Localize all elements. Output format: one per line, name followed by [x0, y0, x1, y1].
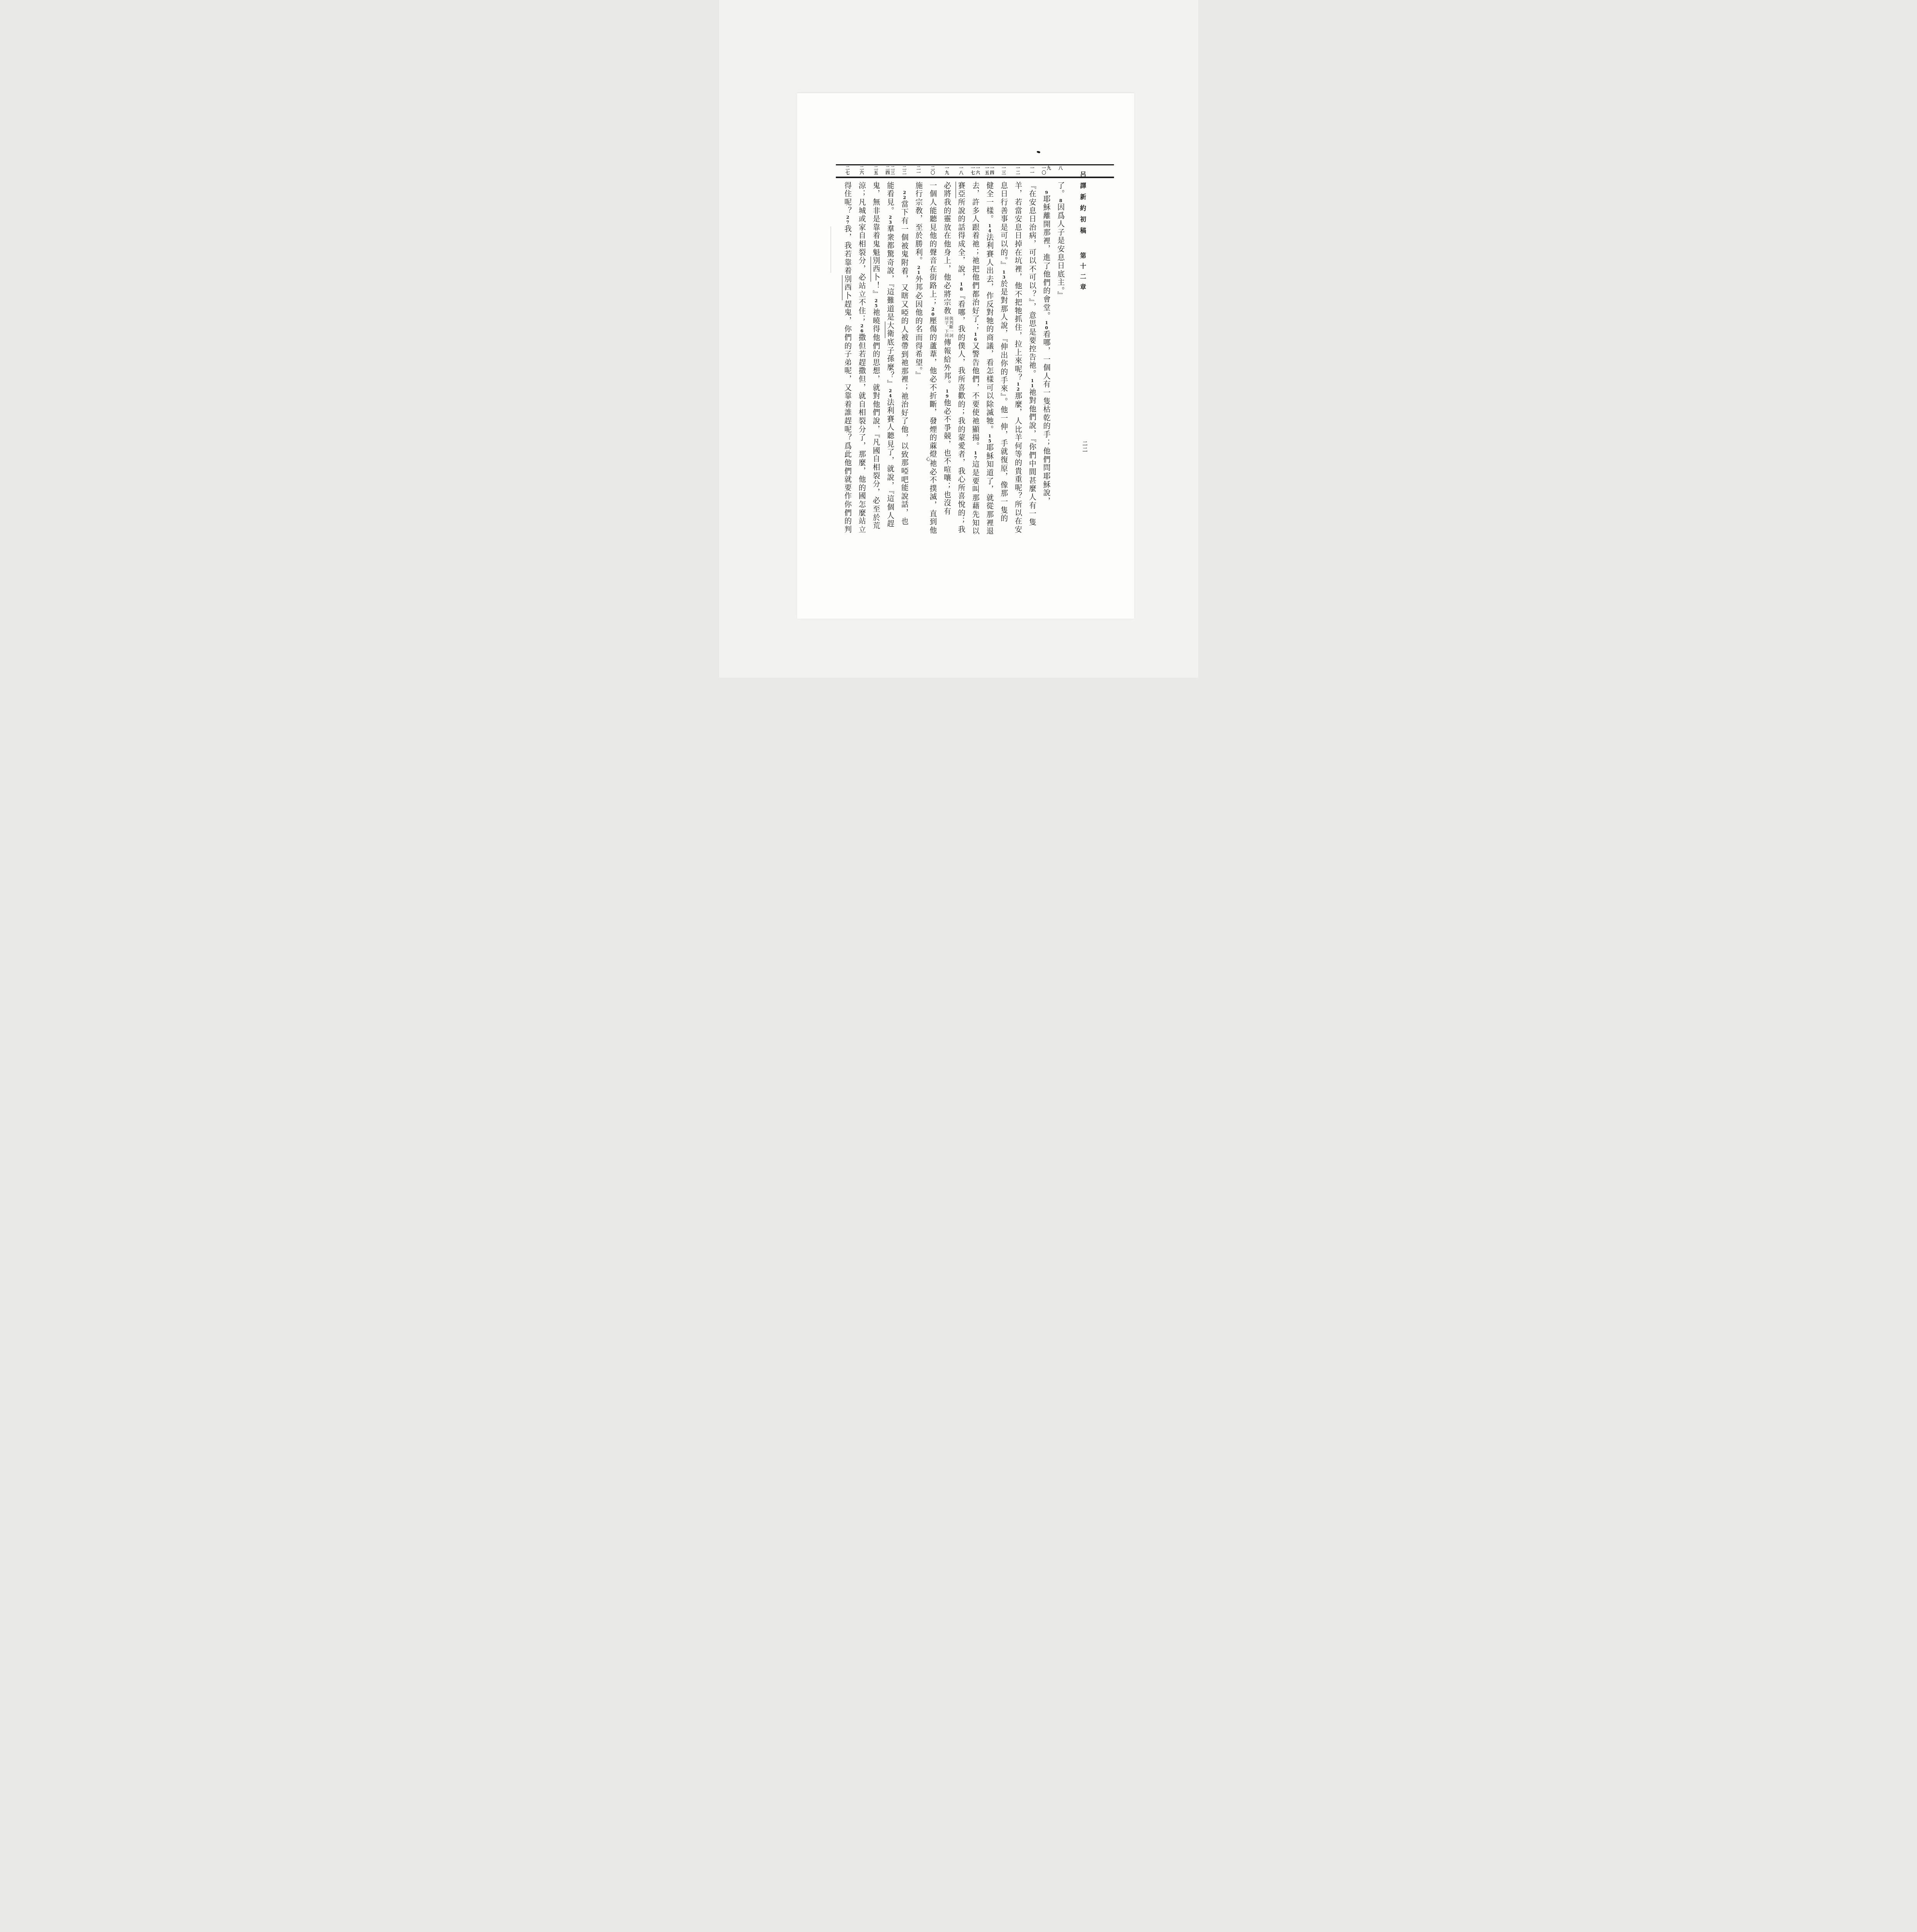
text-run: 看哪，一個人有一隻枯乾的手；他們問耶穌說， [1042, 330, 1051, 506]
verse-marker: 一二 [1015, 166, 1020, 175]
text-column-4: 一二羊，若當安息日掉在坑裡，他不把牠抓住，拉上來呢？12那麼，人比羊何等的貴重呢… [1011, 182, 1025, 549]
verse-number: 9 [1044, 190, 1049, 195]
verse-marker-number: 二五 [874, 166, 878, 175]
text-run: 施行宗敎，至於勝利。 [914, 182, 923, 265]
column-text: 涼；凡城或家自相裂分，必站立不住；26撒但若趕撒但，就自相裂分了，那麼，他的國怎… [854, 182, 869, 549]
verse-marker: 二〇 [930, 166, 935, 175]
header-rule-bottom [836, 177, 1114, 178]
text-run: 一個人能聽見他的聲音在街路上； [929, 182, 937, 307]
text-column-7: 一六一七去，許多人跟着祂；祂把他們都治好了；16又警告他們，不要使祂顯揚。17這… [968, 182, 982, 549]
verse-marker: 二六 [859, 166, 864, 175]
verse-number: 14 [987, 223, 992, 233]
text-run: 趕鬼，你們的子弟呢，又靠着誰趕呢？爲此他們就要作你們的判 [843, 300, 852, 534]
text-run: 祂對他們說，『你們中間甚麼人有一隻 [1028, 388, 1036, 527]
text-run: 我，我若靠着 [843, 225, 852, 275]
text-run: 涼；凡城或家自相裂分，必站立不住； [857, 182, 866, 323]
verse-marker-number: 八 [1058, 166, 1063, 170]
text-column-11: 二一施行宗敎，至於勝利。21外邦必因他的名而得希望。』 [911, 182, 925, 549]
verse-marker: 二五 [874, 166, 878, 175]
text-run: 祂曉得他們的思想，就對他們說，『凡國自相裂分，必至於荒 [872, 308, 880, 530]
paper-sheet: 呂譯新約初稿 第十二章 二二 八了。8因爲人子是安息日底主。』九一〇9耶穌離開那… [797, 93, 1134, 619]
page-number: 二二 [1080, 441, 1089, 453]
verse-marker-number: 二一 [916, 166, 920, 175]
text-run: ！』 [872, 282, 880, 298]
verse-marker-number: 二三 [890, 166, 895, 175]
verse-marker-number: 二二 [902, 166, 906, 175]
text-run: 底子孫麼？』 [886, 338, 895, 388]
running-title: 呂譯新約初稿 第十二章 [1077, 171, 1089, 294]
verse-number: 18 [959, 282, 964, 292]
verse-marker-number: 一七 [971, 166, 975, 175]
text-run: 壓傷的蘆葦，他必不折斷，發煙的蔴燈 [929, 317, 937, 459]
text-run: 了。 [1056, 182, 1065, 198]
text-run: 那麼，人比羊何等的貴重呢？所以在安 [1014, 392, 1022, 534]
verse-marker-number: 二〇 [930, 166, 935, 175]
verse-number: 25 [874, 298, 879, 308]
text-run: 祂必不撲滅，直到他 [929, 459, 937, 534]
verse-marker: 九一〇 [1041, 166, 1051, 175]
verse-marker-number: 一八 [959, 166, 963, 175]
verse-number: 11 [1030, 378, 1035, 388]
column-text: 健全一樣。14法利賽人出去，作反對牠的商議，看怎樣可以除滅牠。15耶穌知道了，就… [982, 182, 997, 549]
verse-number: 24 [888, 388, 893, 398]
column-text: 必將我的靈放在他身上，他必將宗敎與判斷一詞同字，下同傳報給外邦。19他必不爭競，… [940, 182, 954, 549]
text-run: 又警告他們，不要使祂顯揚。 [971, 342, 980, 451]
text-column-9: 一九必將我的靈放在他身上，他必將宗敎與判斷一詞同字，下同傳報給外邦。19他必不爭… [940, 182, 954, 549]
column-text: 施行宗敎，至於勝利。21外邦必因他的名而得希望。』 [911, 182, 925, 549]
verse-marker: 一三 [1002, 166, 1006, 175]
text-column-8: 一八賽亞所說的話得成全，說，18『看哪，我的僕人，我所喜歡的；我的蒙愛者，我心所… [954, 182, 968, 549]
verse-marker-number: 一四 [990, 166, 994, 175]
running-title-chapter: 第十二章 [1077, 252, 1089, 294]
verse-marker-number: 二四 [885, 166, 890, 175]
verse-number: 27 [845, 215, 850, 225]
verse-marker: 一八 [959, 166, 963, 175]
text-run: 因爲人子是安息日底主。』 [1056, 203, 1065, 300]
ink-speck [1036, 151, 1040, 154]
text-column-5: 一三息日行善事是可以的。』13於是對那人說，『伸出你的手來』。他一伸，手就復原，… [997, 182, 1011, 549]
verse-number: 19 [945, 389, 950, 399]
text-run: 於是對那人說，『伸出你的手來』。他一伸，手就復原，像那一隻的 [1000, 280, 1008, 523]
verse-number: 8 [1058, 198, 1063, 203]
proper-name: 大衛 [885, 321, 895, 338]
running-title-book: 呂譯新約初稿 [1077, 171, 1089, 238]
text-run: 息日行善事是可以的。』 [1000, 182, 1008, 270]
interlinear-note: 與判斷一詞同字，下同 [944, 316, 954, 338]
verse-marker-number: 一〇 [1041, 166, 1046, 175]
text-column-6: 一四一五健全一樣。14法利賽人出去，作反對牠的商議，看怎樣可以除滅牠。15耶穌知… [982, 182, 997, 549]
column-text: 去，許多人跟着祂；祂把他們都治好了；16又警告他們，不要使祂顯揚。17這是要叫那… [968, 182, 982, 549]
column-text: 9耶穌離開那裡，進了他們的會堂。10看哪，一個人有一隻枯乾的手；他們問耶穌說， [1039, 182, 1053, 549]
gutter-shadow [830, 226, 831, 273]
verse-marker-number: 二六 [859, 166, 864, 175]
column-text: 賽亞所說的話得成全，說，18『看哪，我的僕人，我所喜歡的；我的蒙愛者，我心所喜悅… [954, 182, 968, 549]
verse-number: 12 [1015, 382, 1021, 392]
text-column-14: 二五鬼，無非是靠着鬼魁別西卜！』25祂曉得他們的思想，就對他們說，『凡國自相裂分… [869, 182, 883, 549]
text-run: 必將我的靈放在他身上，他必將宗敎 [943, 182, 951, 315]
verse-marker-number: 九 [1046, 166, 1051, 175]
text-run: 『在安息日治病，可以不可以？』，意思是要控告祂。 [1028, 182, 1036, 378]
text-run: 他必不爭競，也不喧嚷；也沒有 [943, 399, 951, 515]
verse-marker: 一九 [945, 166, 949, 175]
proper-name: 別西卜 [842, 275, 852, 300]
verse-marker-number: 一二 [1015, 166, 1020, 175]
verse-marker: 八 [1058, 166, 1063, 170]
verse-marker: 二三二四 [885, 166, 895, 175]
verse-marker-number: 二七 [845, 166, 849, 175]
text-column-2: 九一〇9耶穌離開那裡，進了他們的會堂。10看哪，一個人有一隻枯乾的手；他們問耶穌… [1039, 182, 1053, 549]
header-rule-top [836, 164, 1114, 165]
text-body: 八了。8因爲人子是安息日底主。』九一〇9耶穌離開那裡，進了他們的會堂。10看哪，… [840, 182, 1068, 549]
text-run: 鬼，無非是靠着鬼魁 [872, 182, 880, 257]
text-run: 傳報給外邦。 [943, 339, 951, 389]
verse-number: 23 [888, 215, 893, 225]
verse-marker-number: 一五 [985, 166, 989, 175]
verse-marker: 一六一七 [971, 166, 980, 175]
verse-marker-number: 一一 [1030, 166, 1034, 175]
text-run: 法利賽人聽見了，就說，『這個人趕 [886, 398, 895, 528]
column-text: 了。8因爲人子是安息日底主。』 [1053, 182, 1068, 549]
verse-number: 26 [859, 323, 864, 333]
verse-marker-number: 一三 [1002, 166, 1006, 175]
column-text: 羊，若當安息日掉在坑裡，他不把牠抓住，拉上來呢？12那麼，人比羊何等的貴重呢？所… [1011, 182, 1025, 549]
text-run: 撒但若趕撒但，就自相裂分了，那麼，他的國怎麼站立 [857, 333, 866, 534]
column-text: 『在安息日治病，可以不可以？』，意思是要控告祂。11祂對他們說，『你們中間甚麼人… [1025, 182, 1039, 549]
text-run: 法利賽人出去，作反對牠的商議，看怎樣可以除滅牠。 [985, 233, 994, 434]
column-text: 能看見。23羣衆都驚奇說，『這難道是大衛底子孫麼？』24法利賽人聽見了，就說，『… [883, 182, 897, 549]
verse-number: 10 [1044, 320, 1049, 330]
text-run: 去，許多人跟着祂；祂把他們都治好了； [971, 182, 980, 332]
verse-number: 16 [973, 332, 978, 342]
verse-marker: 一一 [1030, 166, 1034, 175]
scanned-page: 呂譯新約初稿 第十二章 二二 八了。8因爲人子是安息日底主。』九一〇9耶穌離開那… [719, 0, 1198, 678]
proper-name: 賽亞 [956, 182, 965, 198]
text-column-1: 八了。8因爲人子是安息日底主。』 [1053, 182, 1068, 549]
text-column-16: 二七得住呢？27我，我若靠着別西卜趕鬼，你們的子弟呢，又靠着誰趕呢？爲此他們就要… [840, 182, 855, 549]
text-run: 耶穌離開那裡，進了他們的會堂。 [1042, 195, 1051, 320]
text-run: 所說的話得成全，說， [957, 198, 965, 282]
text-column-13: 二三二四能看見。23羣衆都驚奇說，『這難道是大衛底子孫麼？』24法利賽人聽見了，… [883, 182, 897, 549]
text-run: 外邦必因他的名而得希望。』 [914, 275, 923, 380]
text-column-10: 二〇一個人能聽見他的聲音在街路上；20壓傷的蘆葦，他必不折斷，發煙的蔴燈心祂必不… [925, 182, 940, 549]
column-text: 鬼，無非是靠着鬼魁別西卜！』25祂曉得他們的思想，就對他們說，『凡國自相裂分，必… [869, 182, 883, 549]
verse-marker-number: 一六 [976, 166, 980, 175]
verse-number: 15 [987, 434, 992, 444]
column-text: 得住呢？27我，我若靠着別西卜趕鬼，你們的子弟呢，又靠着誰趕呢？爲此他們就要作你… [840, 182, 855, 549]
verse-marker: 一四一五 [985, 166, 994, 175]
verse-marker-number: 一九 [945, 166, 949, 175]
text-run: 健全一樣。 [985, 182, 994, 223]
text-run: 能看見。 [886, 182, 895, 215]
verse-marker: 二一 [916, 166, 920, 175]
verse-number: 22 [902, 190, 907, 200]
text-run: 羊，若當安息日掉在坑裡，他不把牠抓住，拉上來呢？ [1014, 182, 1022, 382]
column-text: 息日行善事是可以的。』13於是對那人說，『伸出你的手來』。他一伸，手就復原，像那… [997, 182, 1011, 549]
text-column-15: 二六涼；凡城或家自相裂分，必站立不住；26撒但若趕撒但，就自相裂分了，那麼，他的… [854, 182, 869, 549]
verse-marker: 二七 [845, 166, 849, 175]
verse-marker: 二二 [902, 166, 906, 175]
proper-name: 別西卜 [871, 257, 880, 282]
verse-number: 17 [973, 451, 978, 461]
verse-number: 20 [930, 307, 936, 317]
verse-number: 21 [916, 265, 921, 275]
text-run: 羣衆都驚奇說，『這難道是 [886, 225, 895, 321]
text-run: 『看哪，我的僕人，我所喜歡的；我的蒙愛者，我心所喜悅的；我 [957, 292, 965, 534]
column-text: 22當下有一個被鬼附着，又瞎又啞的人被帶到祂那裡；祂治好了他，以致那啞吧能說話，… [897, 182, 912, 549]
text-column-3: 一一『在安息日治病，可以不可以？』，意思是要控告祂。11祂對他們說，『你們中間甚… [1025, 182, 1039, 549]
verse-number: 13 [1002, 270, 1007, 280]
text-run: 耶穌知道了，就從那裡退 [985, 444, 994, 536]
column-text: 一個人能聽見他的聲音在街路上；20壓傷的蘆葦，他必不折斷，發煙的蔴燈心祂必不撲滅… [925, 182, 940, 549]
text-column-12: 二二22當下有一個被鬼附着，又瞎又啞的人被帶到祂那裡；祂治好了他，以致那啞吧能說… [897, 182, 912, 549]
text-run: 得住呢？ [843, 182, 852, 215]
text-run: 這是要叫那藉先知以 [971, 461, 980, 536]
text-run: 當下有一個被鬼附着，又瞎又啞的人被帶到祂那裡；祂治好了他，以致那啞吧能說話，也 [900, 200, 908, 526]
